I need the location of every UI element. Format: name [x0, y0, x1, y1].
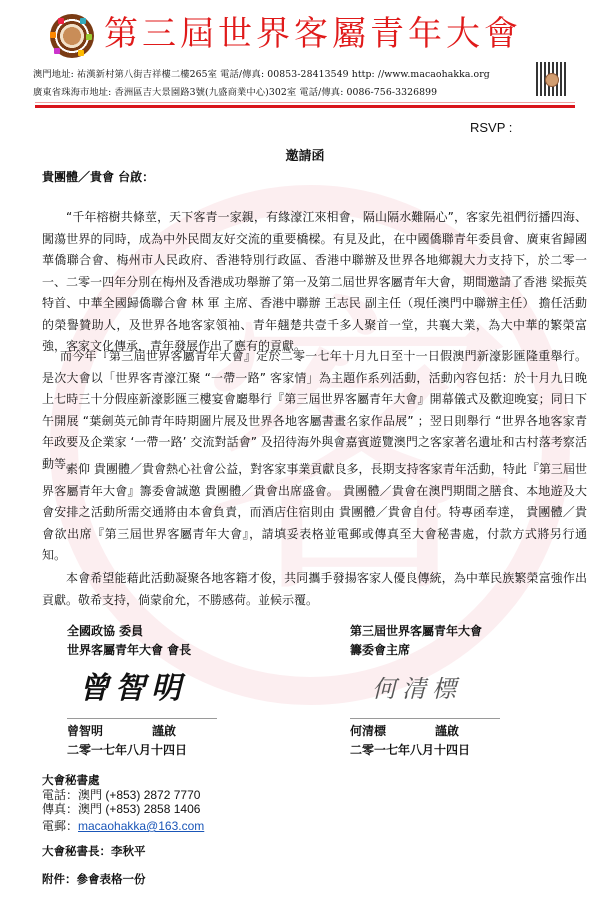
- handwritten-signature: 曾智明: [67, 660, 237, 718]
- signatory-committee-chair: 第三屆世界客屬青年大會 籌委會主席 何清標 何清標 謹啟 二零一七年八月十四日: [350, 622, 520, 760]
- macau-address: 澳門地址: 祐漢新村第八街吉祥樓二樓265室 電話/傳真: 00853-2841…: [33, 66, 490, 80]
- paragraph-closing: 本會希望能藉此活動凝聚各地客籍才俊，共同攜手發揚客家人優良傳統，為中華民族繁榮富…: [42, 568, 587, 611]
- logo-spoke-icon: [78, 50, 84, 56]
- letterhead: 第三屆世界客屬青年大會 澳門地址: 祐漢新村第八街吉祥樓二樓265室 電話/傳真…: [0, 0, 610, 110]
- signatory-name: 何清標: [350, 722, 435, 741]
- salutation: 貴團體／貴會 台啟：: [42, 168, 154, 185]
- attachment-note: 附件：參會表格一份: [42, 871, 204, 887]
- qr-code-icon: [536, 62, 566, 96]
- handwritten-signature: 何清標: [350, 660, 520, 718]
- paragraph-event-details: 而今年『第三屆世界客屬青年大會』定於二零一七年十月九日至十一日假澳門新濠影匯隆重…: [42, 346, 587, 475]
- zhuhai-address: 廣東省珠海市地址: 香洲區吉大景園路3號(九盛商業中心)302室 電話/傳真: …: [33, 84, 437, 98]
- logo-spoke-icon: [58, 18, 64, 24]
- signature-line: [350, 718, 500, 719]
- signatory-title-1: 全國政協 委員: [67, 622, 237, 641]
- signatory-name: 曾智明: [67, 722, 152, 741]
- signatory-date: 二零一七年八月十四日: [350, 741, 520, 760]
- signatory-president: 全國政協 委員 世界客屬青年大會 會長 曾智明 曾智明 謹啟 二零一七年八月十四…: [67, 622, 237, 760]
- document-title: 邀請函: [0, 145, 610, 164]
- hakka-youth-logo-icon: [50, 14, 94, 58]
- email-label: 電郵：: [42, 819, 78, 833]
- logo-spoke-icon: [50, 32, 56, 38]
- rsvp-label: RSVP :: [470, 120, 512, 135]
- signatory-closing: 謹啟: [152, 722, 176, 741]
- email-link[interactable]: macaohakka@163.com: [78, 819, 204, 833]
- secretariat-email-row: 電郵：macaohakka@163.com: [42, 819, 204, 833]
- logo-spoke-icon: [54, 48, 60, 54]
- secretariat-contact: 大會秘書處 電話：澳門 (+853) 2872 7770 傳真：澳門 (+853…: [42, 773, 204, 887]
- header-divider-thin: [35, 102, 575, 103]
- logo-spoke-icon: [80, 18, 86, 24]
- letterhead-title: 第三屆世界客屬青年大會: [104, 12, 522, 56]
- signatory-title-2: 世界客屬青年大會 會長: [67, 641, 237, 660]
- secretariat-fax: 傳真：澳門 (+853) 2858 1406: [42, 802, 204, 816]
- signatory-title-1: 第三屆世界客屬青年大會: [350, 622, 520, 641]
- header-divider: [35, 105, 575, 108]
- secretary-general: 大會秘書長：李秋平: [42, 843, 204, 859]
- secretariat-phone: 電話：澳門 (+853) 2872 7770: [42, 788, 204, 802]
- paragraph-invitation: 素仰 貴團體／貴會熱心社會公益，對客家事業貢獻良多，長期支持客家青年活動，特此『…: [42, 459, 587, 567]
- secretariat-heading: 大會秘書處: [42, 773, 204, 788]
- paragraph-history: “千年榕樹共條莖，天下客青一家親，有緣濠江來相會，隔山隔水難隔心”，客家先祖們衍…: [42, 207, 587, 358]
- signature-line: [67, 718, 217, 719]
- signatory-closing: 謹啟: [435, 722, 459, 741]
- signatory-date: 二零一七年八月十四日: [67, 741, 237, 760]
- signatory-title-2: 籌委會主席: [350, 641, 520, 660]
- logo-spoke-icon: [86, 34, 92, 40]
